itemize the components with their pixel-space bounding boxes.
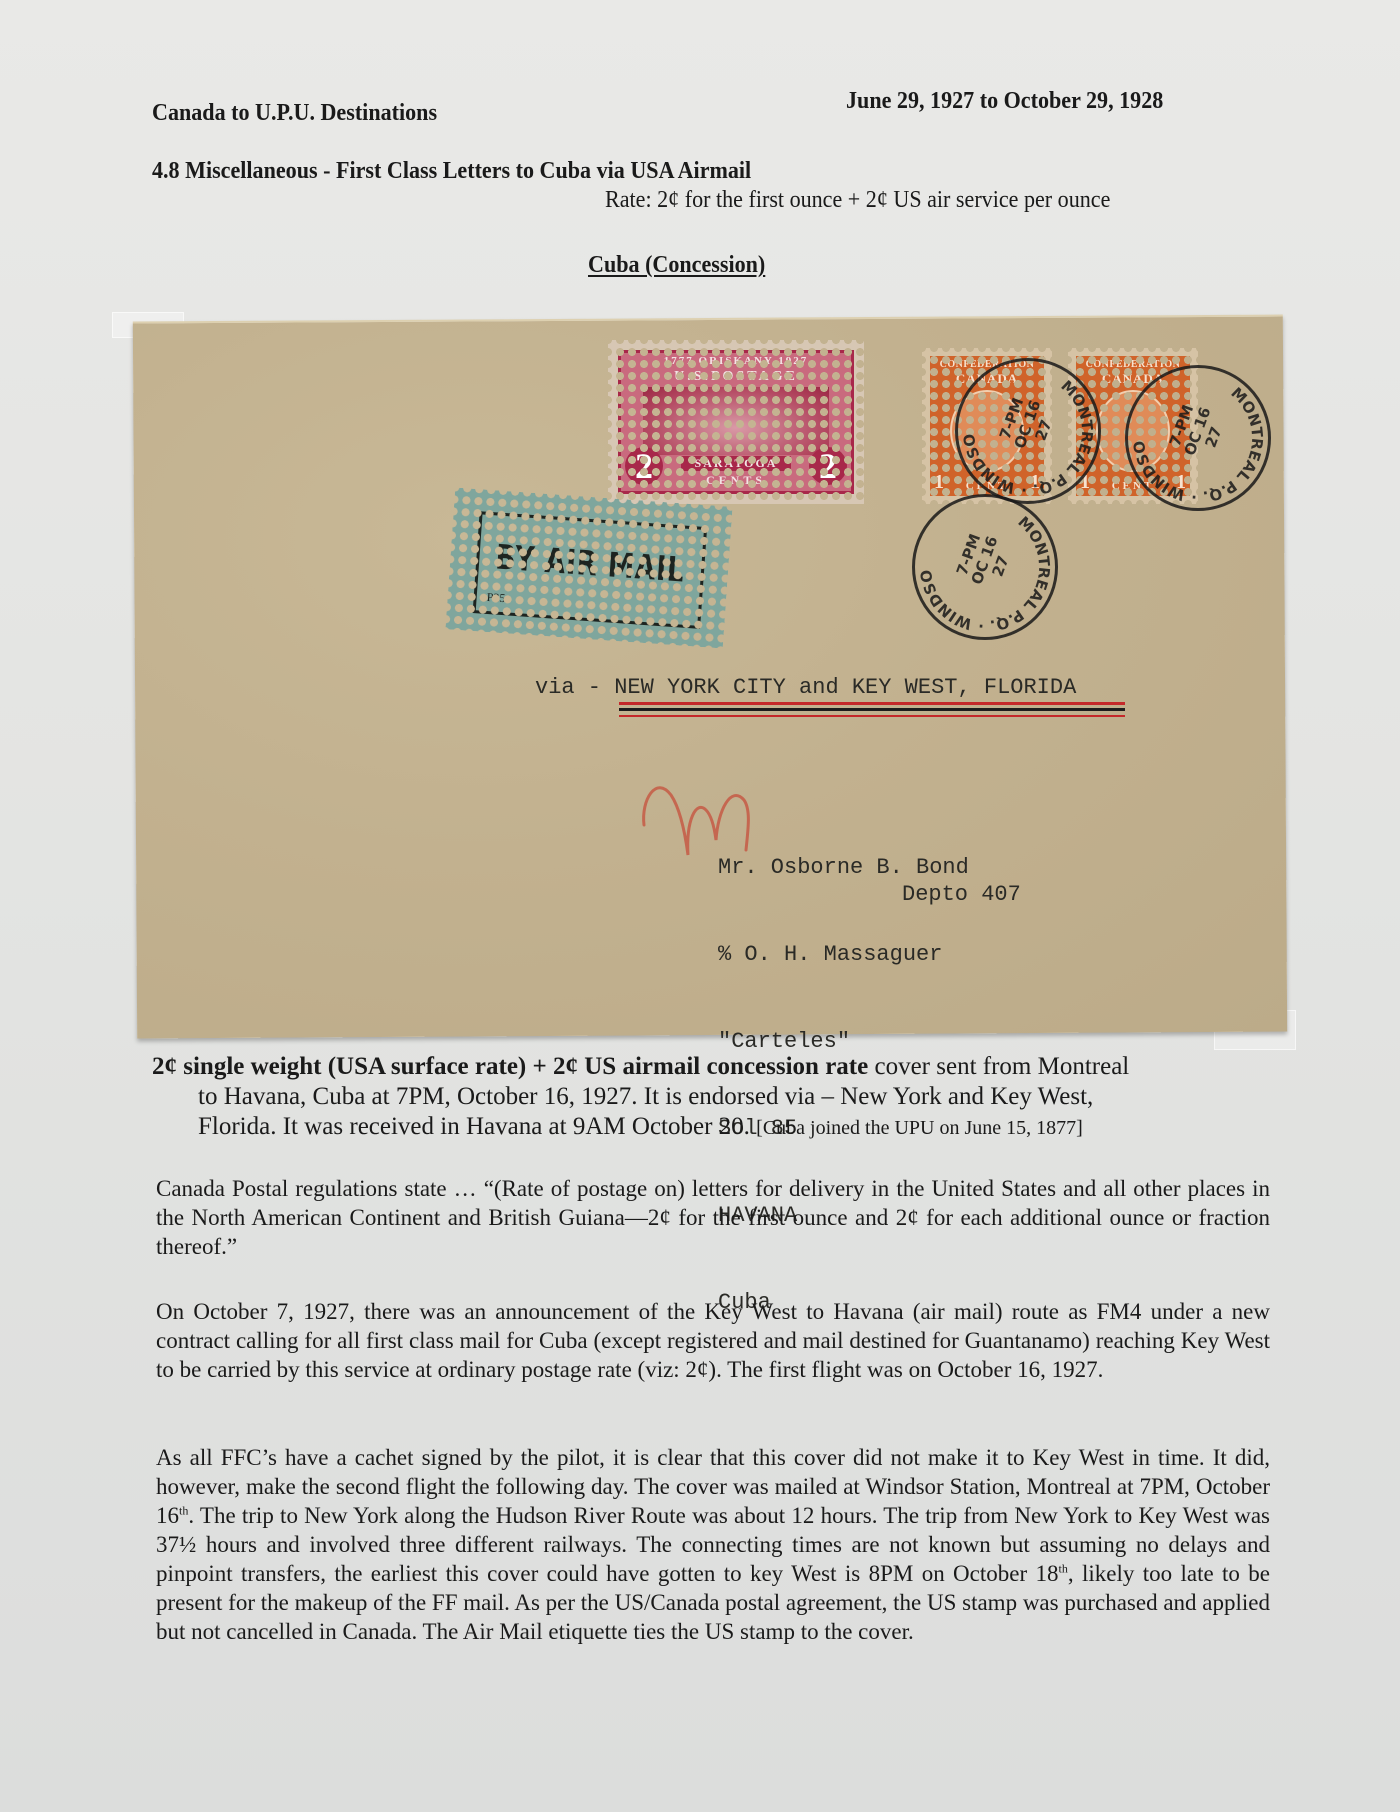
airmail-frame: BY AIR MAIL P25 bbox=[473, 511, 708, 629]
date-range: June 29, 1927 to October 29, 1928 bbox=[846, 88, 1163, 115]
stamp-vignette bbox=[643, 387, 829, 455]
caption-text: to Havana, Cuba at 7PM, October 16, 1927… bbox=[152, 1082, 1270, 1112]
stamp-value: 2 bbox=[625, 447, 663, 485]
caption-note: [Cuba joined the UPU on June 15, 1877] bbox=[756, 1117, 1083, 1139]
ordinal-suffix: th bbox=[1059, 1561, 1068, 1575]
stamp-value: 2 bbox=[809, 447, 847, 485]
us-stamp-saratoga: 1777 ORISKANY 1927 U.S.POSTAGE 2 2 SARAT… bbox=[608, 340, 864, 504]
routing-endorsement: via - NEW YORK CITY and KEY WEST, FLORID… bbox=[535, 675, 1076, 700]
rate-description: Rate: 2¢ for the first ounce + 2¢ US air… bbox=[605, 187, 1110, 214]
subheading: Cuba (Concession) bbox=[588, 252, 765, 279]
address-line: % O. H. Massaguer bbox=[718, 940, 969, 969]
caption-text: Florida. It was received in Havana at 9A… bbox=[198, 1113, 756, 1140]
stamp-value: 1 bbox=[934, 471, 944, 494]
ordinal-suffix: th bbox=[179, 1503, 188, 1517]
analysis-paragraph: As all FFC’s have a cachet signed by the… bbox=[156, 1443, 1270, 1646]
airmail-code: P25 bbox=[486, 590, 506, 606]
caption-text: cover sent from Montreal bbox=[868, 1053, 1129, 1080]
airmail-etiquette: BY AIR MAIL P25 bbox=[445, 487, 732, 648]
stamp-name: SARATOGA bbox=[681, 456, 791, 471]
underline-red bbox=[619, 702, 1125, 705]
postmark: MONTREAL P.Q. · WINDSOR STAN. 7-PMOC 162… bbox=[912, 494, 1058, 640]
route-announcement-paragraph: On October 7, 1927, there was an announc… bbox=[156, 1297, 1270, 1384]
section-title: 4.8 Miscellaneous - First Class Letters … bbox=[152, 158, 751, 185]
caption-rate: 2¢ single weight (USA surface rate) + 2¢… bbox=[152, 1053, 868, 1080]
address-line: Mr. Osborne B. Bond bbox=[718, 853, 969, 882]
stamp-postage-text: U.S.POSTAGE bbox=[621, 369, 851, 385]
exhibit-title: Canada to U.P.U. Destinations bbox=[152, 100, 437, 127]
address-department: Depto 407 bbox=[902, 882, 1021, 907]
postmark: MONTREAL P.Q. · WINDSOR STAN. 7-PMOC 162… bbox=[955, 358, 1101, 504]
postmark: MONTREAL P.Q. · WINDSOR STAN. 7-PMOC 162… bbox=[1125, 365, 1271, 511]
underline-red bbox=[619, 715, 1125, 717]
stamp-top-text: 1777 ORISKANY 1927 bbox=[621, 355, 851, 367]
stamp-cents: CENTS bbox=[681, 473, 791, 488]
cover-caption: 2¢ single weight (USA surface rate) + 2¢… bbox=[152, 1052, 1270, 1143]
airmail-text: BY AIR MAIL bbox=[494, 538, 686, 591]
regulations-paragraph: Canada Postal regulations state … “(Rate… bbox=[156, 1174, 1270, 1261]
underline-black bbox=[619, 708, 1125, 711]
